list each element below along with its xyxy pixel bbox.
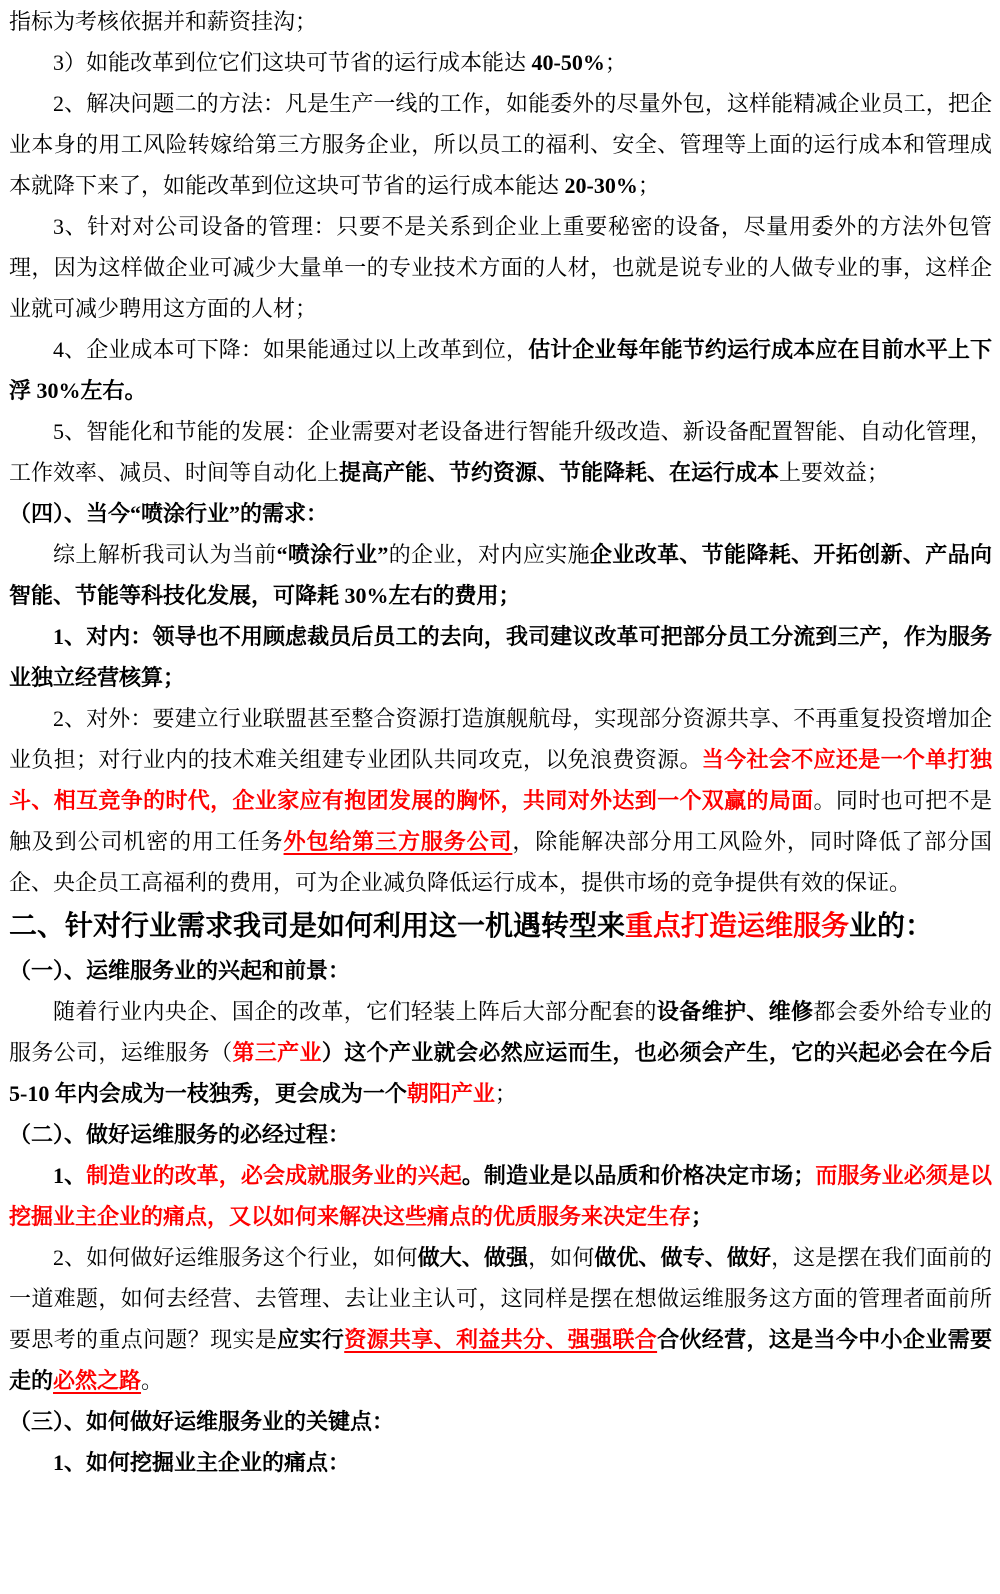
text-run: ，如何 (528, 1245, 594, 1270)
text-run: ； (638, 173, 660, 198)
paragraph: 1、如何挖掘业主企业的痛点： (9, 1442, 992, 1483)
document-body: 指标为考核依据并和薪资挂沟；3）如能改革到位它们这块可节省的运行成本能达 40-… (9, 1, 992, 1483)
text-run: 3、针对对公司设备的管理：只要不是关系到企业上重要秘密的设备，尽量用委外的方法外… (9, 214, 992, 321)
text-run: 上要效益； (779, 460, 889, 485)
paragraph: 1、制造业的改革，必会成就服务业的兴起。制造业是以品质和价格决定市场；而服务业必… (9, 1155, 992, 1237)
text-run: 1、对内：领导也不用顾虑裁员后员工的去向，我司建议改革可把部分员工分流到三产，作… (9, 624, 992, 690)
text-run: ； (495, 1081, 517, 1106)
text-run: 二、针对行业需求我司是如何利用这一机遇转型来 (9, 911, 625, 942)
document-page: 指标为考核依据并和薪资挂沟；3）如能改革到位它们这块可节省的运行成本能达 40-… (0, 0, 1000, 1594)
text-run: 朝阳产业 (407, 1081, 495, 1106)
paragraph: 1、对内：领导也不用顾虑裁员后员工的去向，我司建议改革可把部分员工分流到三产，作… (9, 616, 992, 698)
text-run: 20-30% (565, 173, 638, 198)
text-run: 做大、做强 (418, 1245, 528, 1270)
paragraph: （二）、做好运维服务的必经过程： (9, 1114, 992, 1155)
text-run: （二）、做好运维服务的必经过程： (9, 1122, 350, 1147)
text-run: 业的： (849, 911, 933, 942)
text-run: 资源共享、利益共分、强强联合 (344, 1327, 657, 1352)
text-run: 综上解析我司认为当前 (53, 542, 277, 567)
text-run: 设备维护、维修 (657, 999, 814, 1024)
text-run: 指标为考核依据并和薪资挂沟； (9, 9, 317, 34)
text-run: “喷涂行业” (277, 542, 389, 567)
text-run: 做优、做专、做好 (594, 1245, 771, 1270)
paragraph: 随着行业内央企、国企的改革，它们轻装上阵后大部分配套的设备维护、维修都会委外给专… (9, 991, 992, 1114)
text-run: 1、如何挖掘业主企业的痛点： (53, 1450, 350, 1475)
text-run: 。制造业是以品质和价格决定市场； (462, 1163, 815, 1188)
text-run: 必然之路 (53, 1368, 141, 1393)
text-run: 4、企业成本可下降：如果能通过以上改革到位， (53, 337, 528, 362)
paragraph: 2、对外：要建立行业联盟甚至整合资源打造旗舰航母，实现部分资源共享、不再重复投资… (9, 698, 992, 903)
text-run: 2、解决问题二的方法：凡是生产一线的工作，如能委外的尽量外包，这样能精减企业员工… (9, 91, 992, 198)
paragraph: 综上解析我司认为当前“喷涂行业”的企业，对内应实施企业改革、节能降耗、开拓创新、… (9, 534, 992, 616)
paragraph: 5、智能化和节能的发展：企业需要对老设备进行智能升级改造、新设备配置智能、自动化… (9, 411, 992, 493)
text-run: （四）、当今“喷涂行业”的需求： (9, 501, 328, 526)
text-run: 随着行业内央企、国企的改革，它们轻装上阵后大部分配套的 (53, 999, 657, 1024)
text-run: 制造业的改革，必会成就服务业的兴起 (86, 1163, 462, 1188)
text-run: 1、 (53, 1163, 86, 1188)
text-run: 应实行 (277, 1327, 344, 1352)
text-run: 。 (141, 1368, 163, 1393)
text-run: 的企业，对内应实施 (388, 542, 590, 567)
paragraph: （一）、运维服务业的兴起和前景： (9, 950, 992, 991)
paragraph: 指标为考核依据并和薪资挂沟； (9, 1, 992, 42)
text-run: 重点打造运维服务 (625, 911, 849, 942)
text-run: 2、如何做好运维服务这个行业，如何 (53, 1245, 418, 1270)
text-run: 3）如能改革到位它们这块可节省的运行成本能达 (53, 50, 532, 75)
text-run: （一）、运维服务业的兴起和前景： (9, 958, 350, 983)
paragraph: 2、解决问题二的方法：凡是生产一线的工作，如能委外的尽量外包，这样能精减企业员工… (9, 83, 992, 206)
text-run: 外包给第三方服务公司 (284, 829, 513, 854)
text-run: 提高产能、节约资源、节能降耗、在运行成本 (339, 460, 779, 485)
text-run: 40-50% (532, 50, 605, 75)
paragraph: 2、如何做好运维服务这个行业，如何做大、做强，如何做优、做专、做好，这是摆在我们… (9, 1237, 992, 1401)
paragraph: 3、针对对公司设备的管理：只要不是关系到企业上重要秘密的设备，尽量用委外的方法外… (9, 206, 992, 329)
paragraph: 3）如能改革到位它们这块可节省的运行成本能达 40-50%； (9, 42, 992, 83)
paragraph: 4、企业成本可下降：如果能通过以上改革到位，估计企业每年能节约运行成本应在目前水… (9, 329, 992, 411)
text-run: （三）、如何做好运维服务业的关键点： (9, 1409, 394, 1434)
paragraph: （四）、当今“喷涂行业”的需求： (9, 493, 992, 534)
text-run: ； (605, 50, 627, 75)
paragraph: 二、针对行业需求我司是如何利用这一机遇转型来重点打造运维服务业的： (9, 903, 992, 950)
paragraph: （三）、如何做好运维服务业的关键点： (9, 1401, 992, 1442)
text-run: ； (691, 1204, 713, 1229)
text-run: 第三产业 (232, 1040, 321, 1065)
